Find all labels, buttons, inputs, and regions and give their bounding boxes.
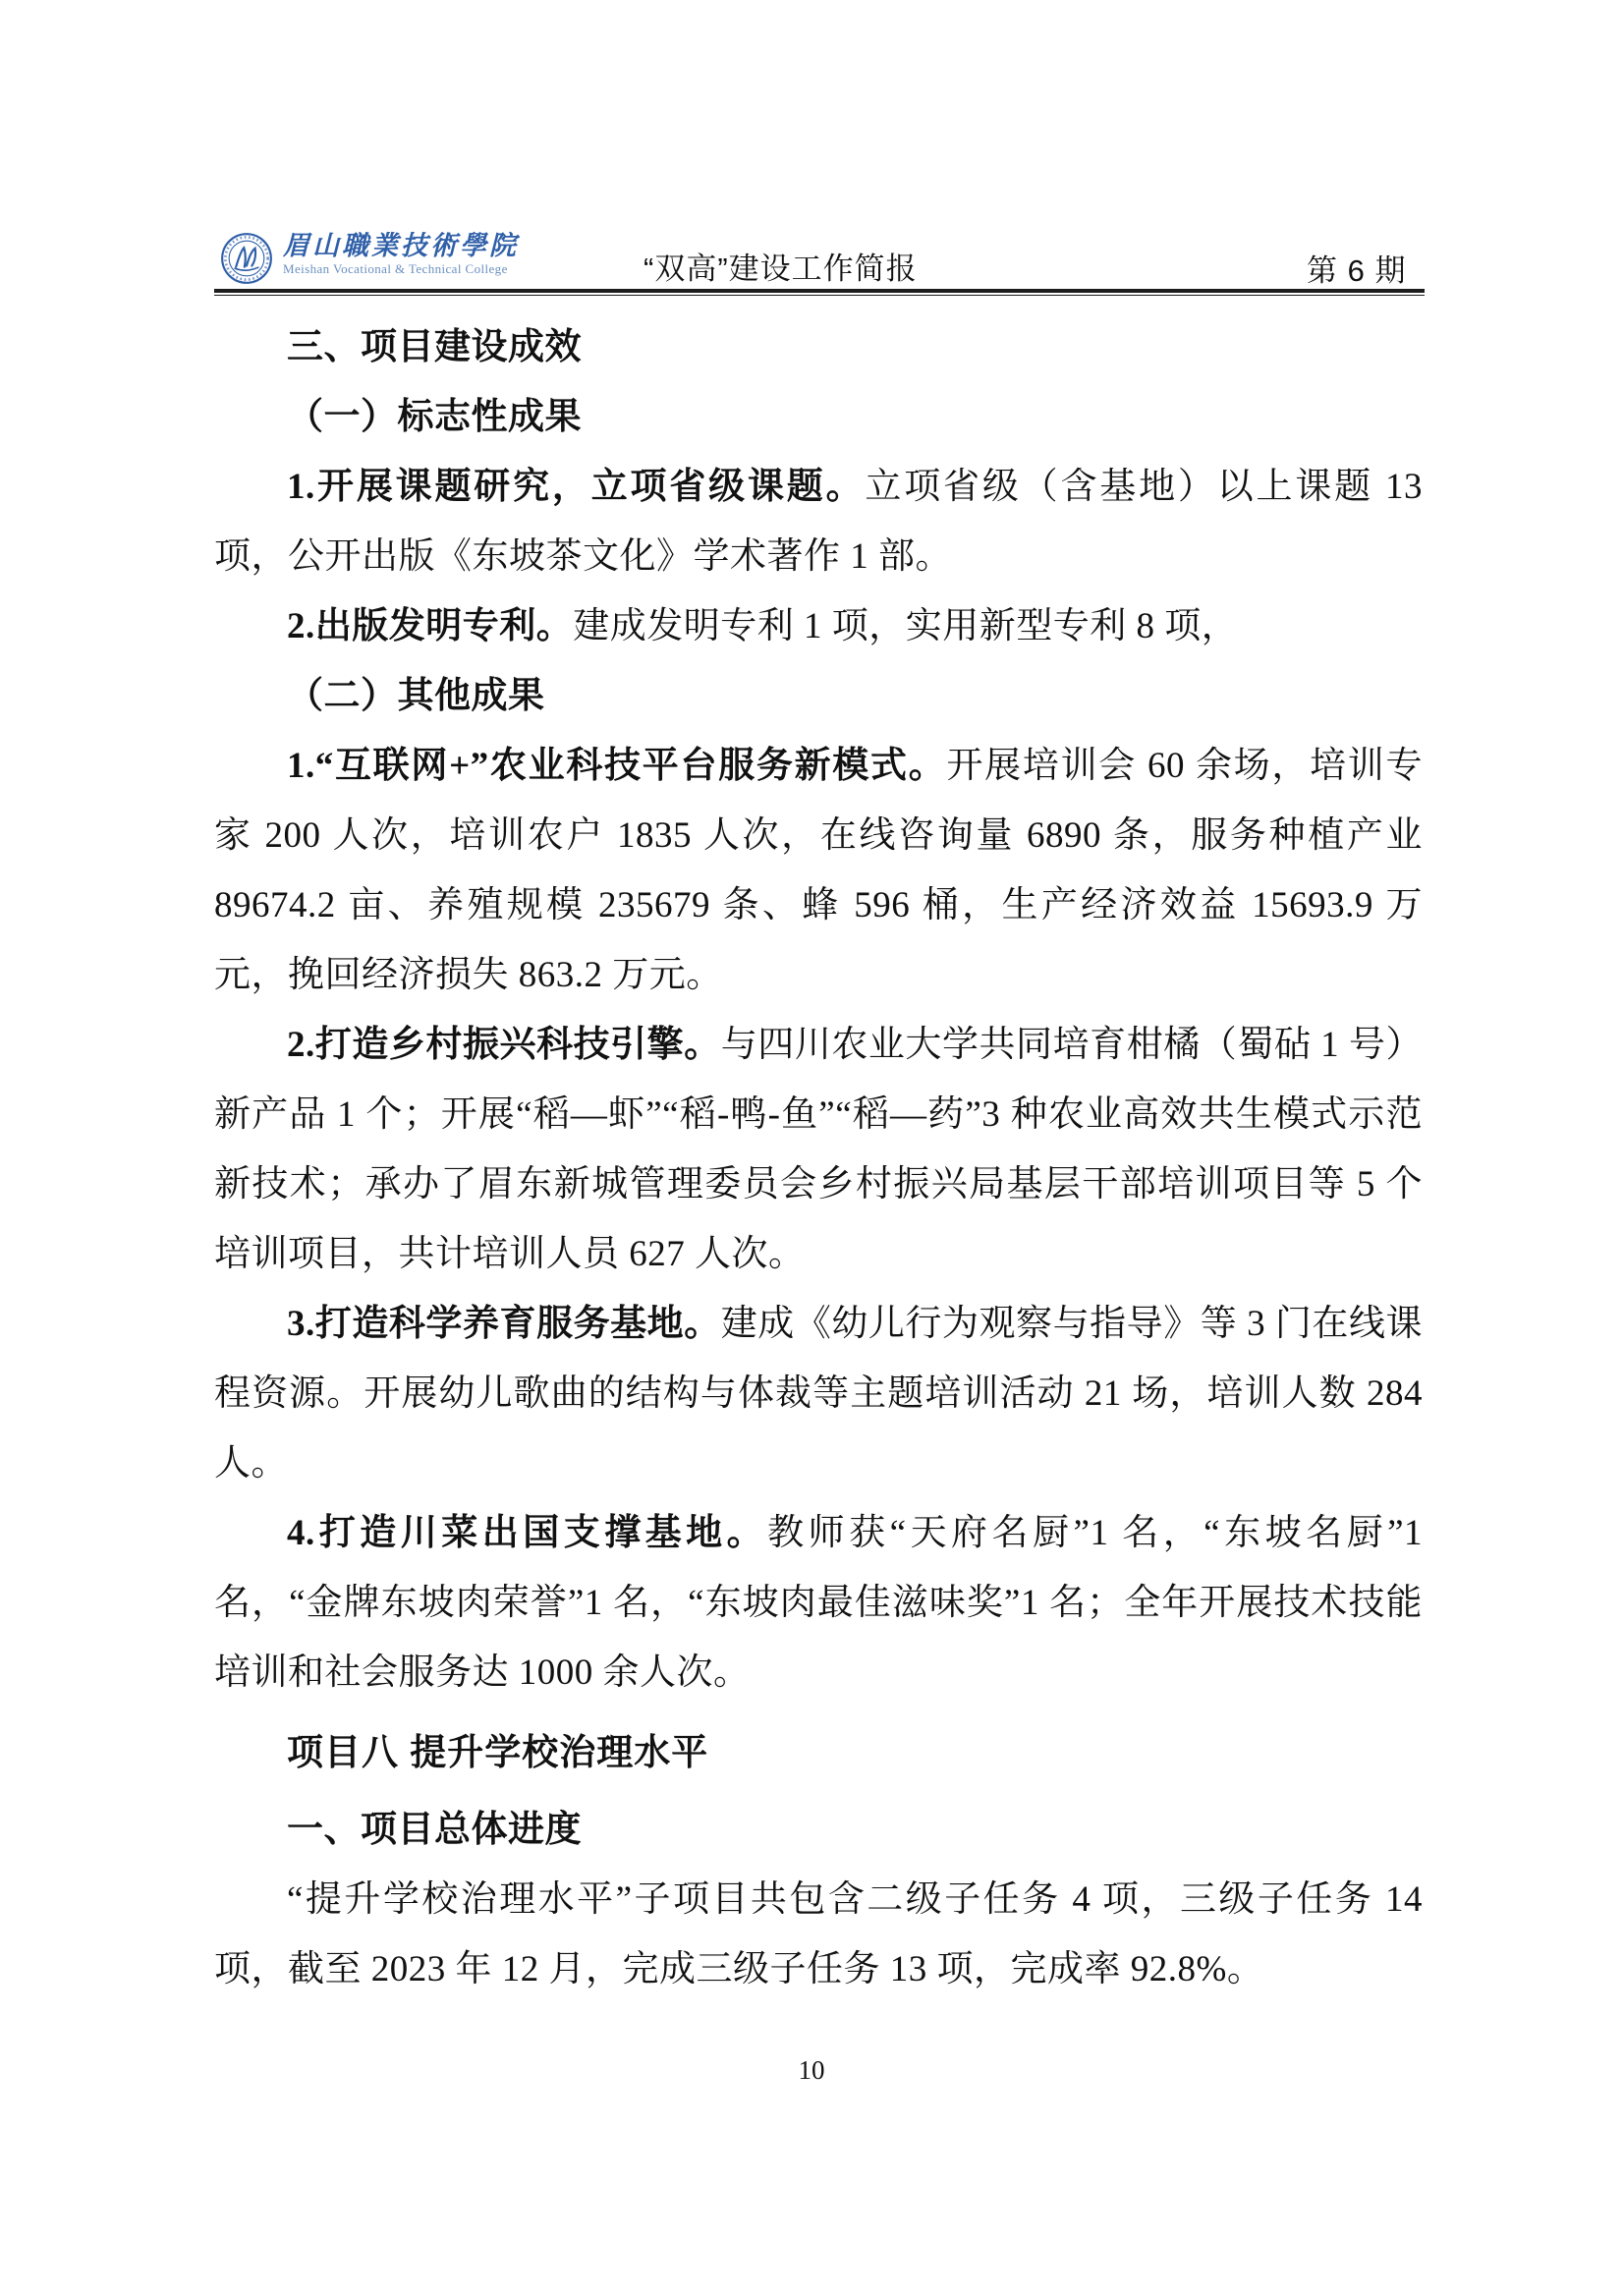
body-paragraph: 2.出版发明专利。建成发明专利 1 项，实用新型专利 8 项， [214, 591, 1423, 661]
section-heading: （一）标志性成果 [214, 382, 1423, 452]
college-name-zh: 眉山職業技術學院 [283, 232, 519, 261]
paragraph-lead: 1.开展课题研究，立项省级课题。 [287, 467, 865, 507]
college-emblem-icon [220, 232, 273, 285]
college-logo: 眉山職業技術學院 Meishan Vocational & Technical … [220, 232, 519, 285]
paragraph-lead: 3.打造科学养育服务基地。 [287, 1304, 721, 1344]
paragraph-lead: 4.打造川菜出国支撑基地。 [287, 1513, 767, 1553]
page-header: 眉山職業技術學院 Meishan Vocational & Technical … [0, 0, 1623, 305]
header-rule-divider [214, 289, 1425, 296]
section-heading: 三、项目建设成效 [214, 312, 1423, 382]
paragraph-lead: 2.打造乡村振兴科技引擎。 [287, 1025, 721, 1065]
issue-number: 第 6 期 [1307, 246, 1406, 290]
body-paragraph: 4.打造川菜出国支撑基地。教师获“天府名厨”1 名，“东坡名厨”1 名，“金牌东… [214, 1498, 1423, 1708]
page-number: 10 [0, 2055, 1623, 2086]
body-paragraph: “提升学校治理水平”子项目共包含二级子任务 4 项，三级子任务 14 项，截至 … [214, 1865, 1423, 2004]
college-name-en: Meishan Vocational & Technical College [283, 261, 519, 276]
body-paragraph: 3.打造科学养育服务基地。建成《幼儿行为观察与指导》等 3 门在线课程资源。开展… [214, 1289, 1423, 1498]
section-heading: 项目八 提升学校治理水平 [214, 1717, 1423, 1787]
body-paragraph: 1.“互联网+”农业科技平台服务新模式。开展培训会 60 余场，培训专家 200… [214, 731, 1423, 1010]
document-body: 三、项目建设成效（一）标志性成果1.开展课题研究，立项省级课题。立项省级（含基地… [214, 312, 1423, 2004]
body-paragraph: 2.打造乡村振兴科技引擎。与四川农业大学共同培育柑橘（蜀砧 1 号）新产品 1 … [214, 1010, 1423, 1289]
body-paragraph: 1.开展课题研究，立项省级课题。立项省级（含基地）以上课题 13 项，公开出版《… [214, 452, 1423, 591]
section-heading: （二）其他成果 [214, 661, 1423, 731]
paragraph-lead: 2.出版发明专利。 [287, 606, 573, 646]
section-heading: 一、项目总体进度 [214, 1795, 1423, 1865]
college-name-block: 眉山職業技術學院 Meishan Vocational & Technical … [283, 232, 519, 276]
document-page: 眉山職業技術學院 Meishan Vocational & Technical … [0, 0, 1623, 2296]
paragraph-lead: 1.“互联网+”农业科技平台服务新模式。 [287, 746, 946, 786]
newsletter-title: “双高”建设工作简报 [644, 244, 918, 288]
